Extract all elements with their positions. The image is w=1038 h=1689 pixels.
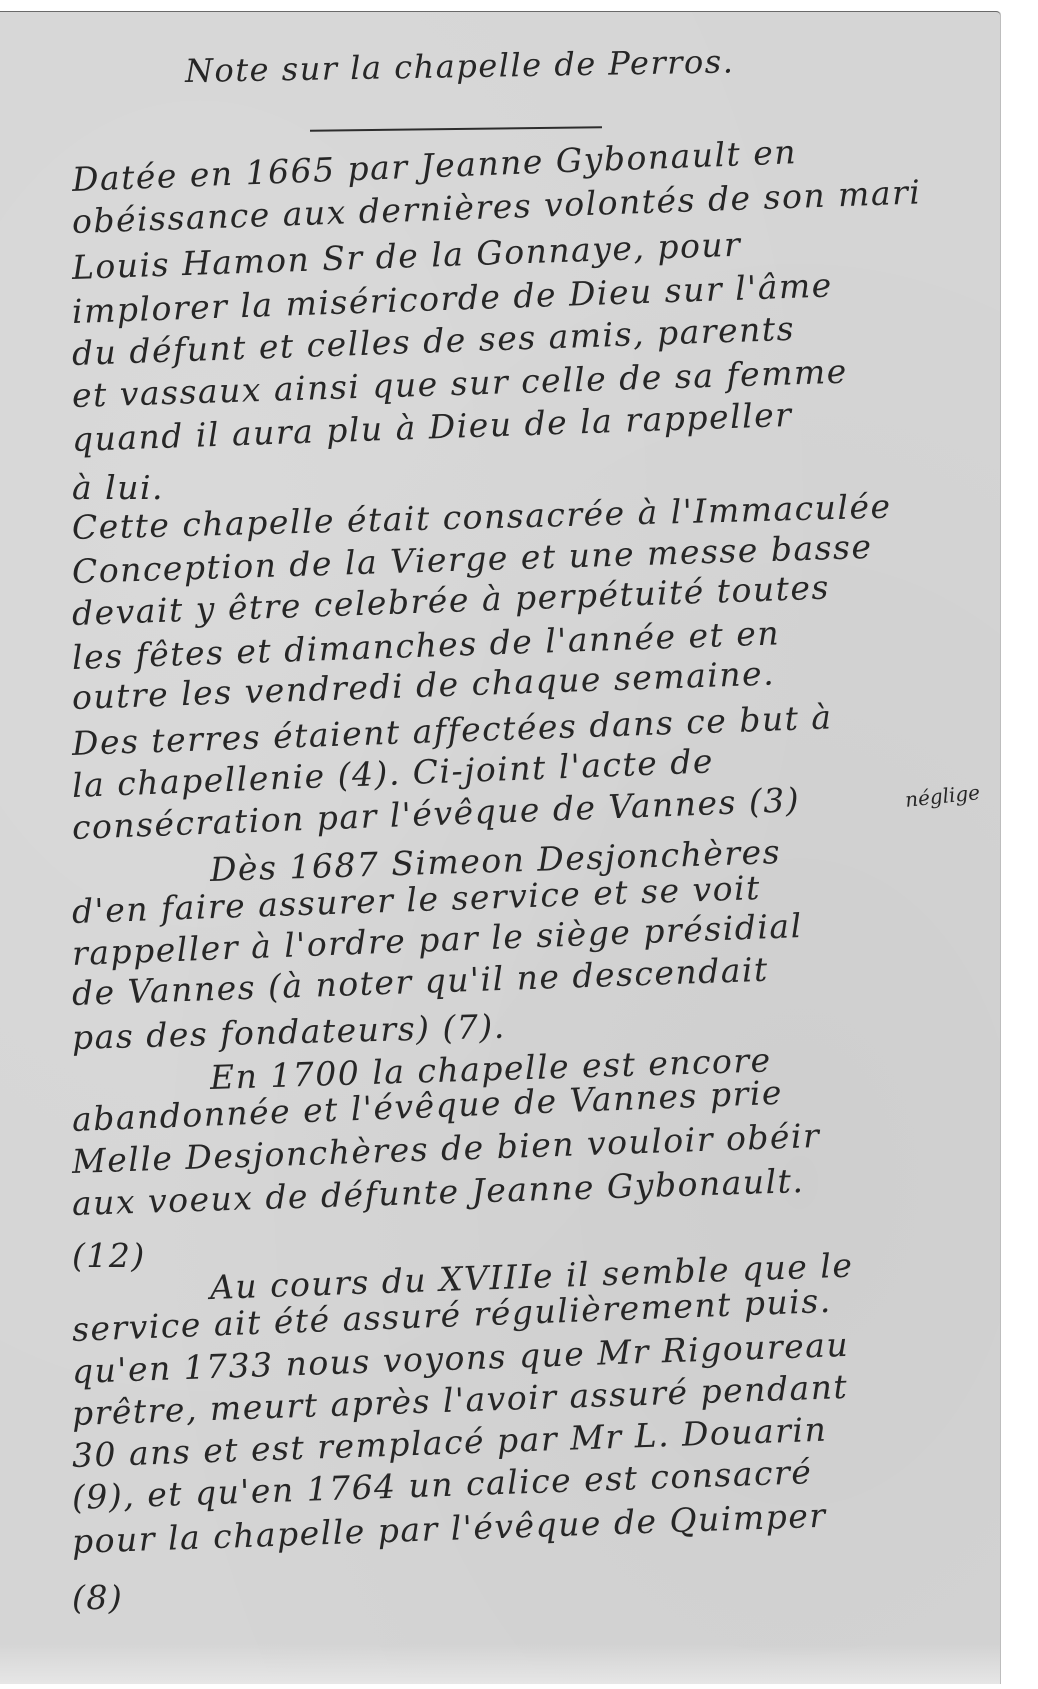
document-page: Note sur la chapelle de Perros. Datée en… bbox=[0, 11, 1000, 1684]
text-line: à lui. bbox=[72, 468, 164, 507]
margin-note: néglige bbox=[904, 780, 981, 812]
text-line: (8) bbox=[72, 1578, 123, 1617]
text-line: pas des fondateurs) (7). bbox=[71, 1007, 506, 1057]
document-title: Note sur la chapelle de Perros. bbox=[185, 42, 735, 90]
text-line: (12) bbox=[72, 1236, 146, 1275]
title-underline bbox=[310, 126, 602, 132]
